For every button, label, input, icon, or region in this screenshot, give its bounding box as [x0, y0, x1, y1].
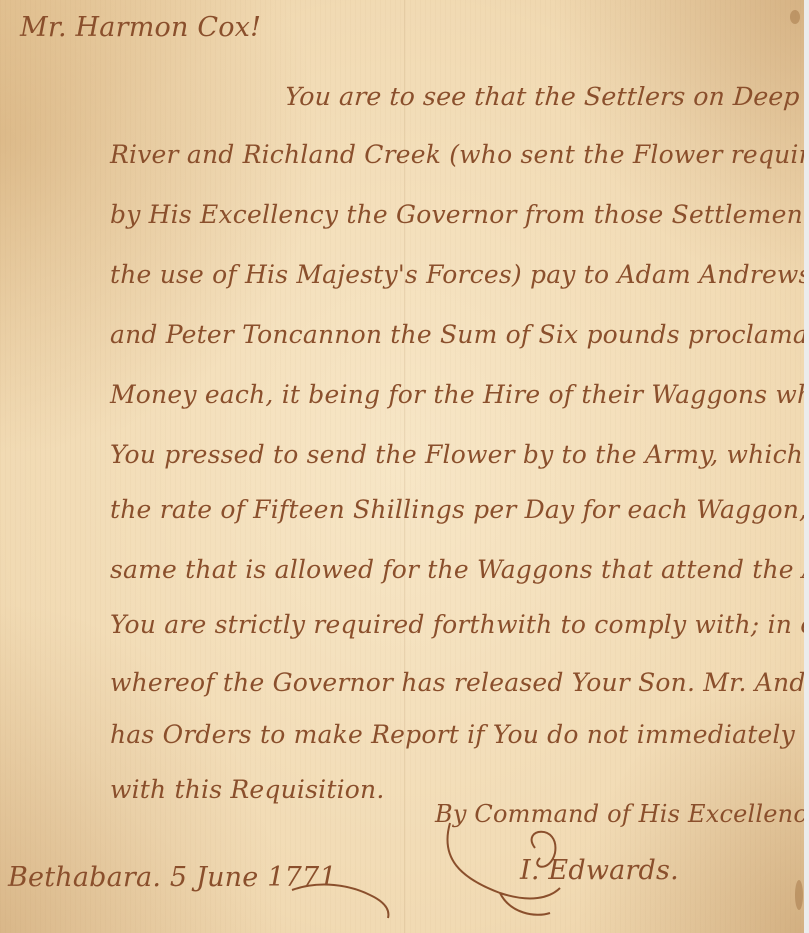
- body-line: and Peter Toncannon the Sum of Six pound…: [110, 320, 804, 349]
- scan-edge: [804, 0, 809, 933]
- body-line: with this Requisition.: [110, 775, 385, 804]
- signature: I. Edwards.: [520, 855, 679, 886]
- body-line: You pressed to send the Flower by to the…: [110, 440, 804, 469]
- body-line: River and Richland Creek (who sent the F…: [110, 140, 804, 169]
- manuscript-page: Mr. Harmon Cox! You are to see that the …: [0, 0, 804, 933]
- ink-stain: [790, 10, 800, 24]
- ink-stain: [795, 880, 803, 910]
- body-line: Money each, it being for the Hire of the…: [110, 380, 804, 409]
- salutation: Mr. Harmon Cox!: [20, 12, 261, 43]
- body-line: the use of His Majesty's Forces) pay to …: [110, 260, 804, 289]
- body-line: same that is allowed for the Waggons tha…: [110, 555, 804, 584]
- body-line: whereof the Governor has released Your S…: [110, 668, 804, 697]
- body-line: the rate of Fifteen Shillings per Day fo…: [110, 495, 804, 524]
- date-flourish-icon: [290, 880, 400, 920]
- body-line: You are to see that the Settlers on Deep: [284, 82, 801, 111]
- body-line: has Orders to make Report if You do not …: [110, 720, 804, 749]
- dateline: Bethabara. 5 June 1771: [8, 862, 337, 893]
- body-line: by His Excellency the Governor from thos…: [110, 200, 804, 229]
- body-line: You are strictly required forthwith to c…: [110, 610, 804, 639]
